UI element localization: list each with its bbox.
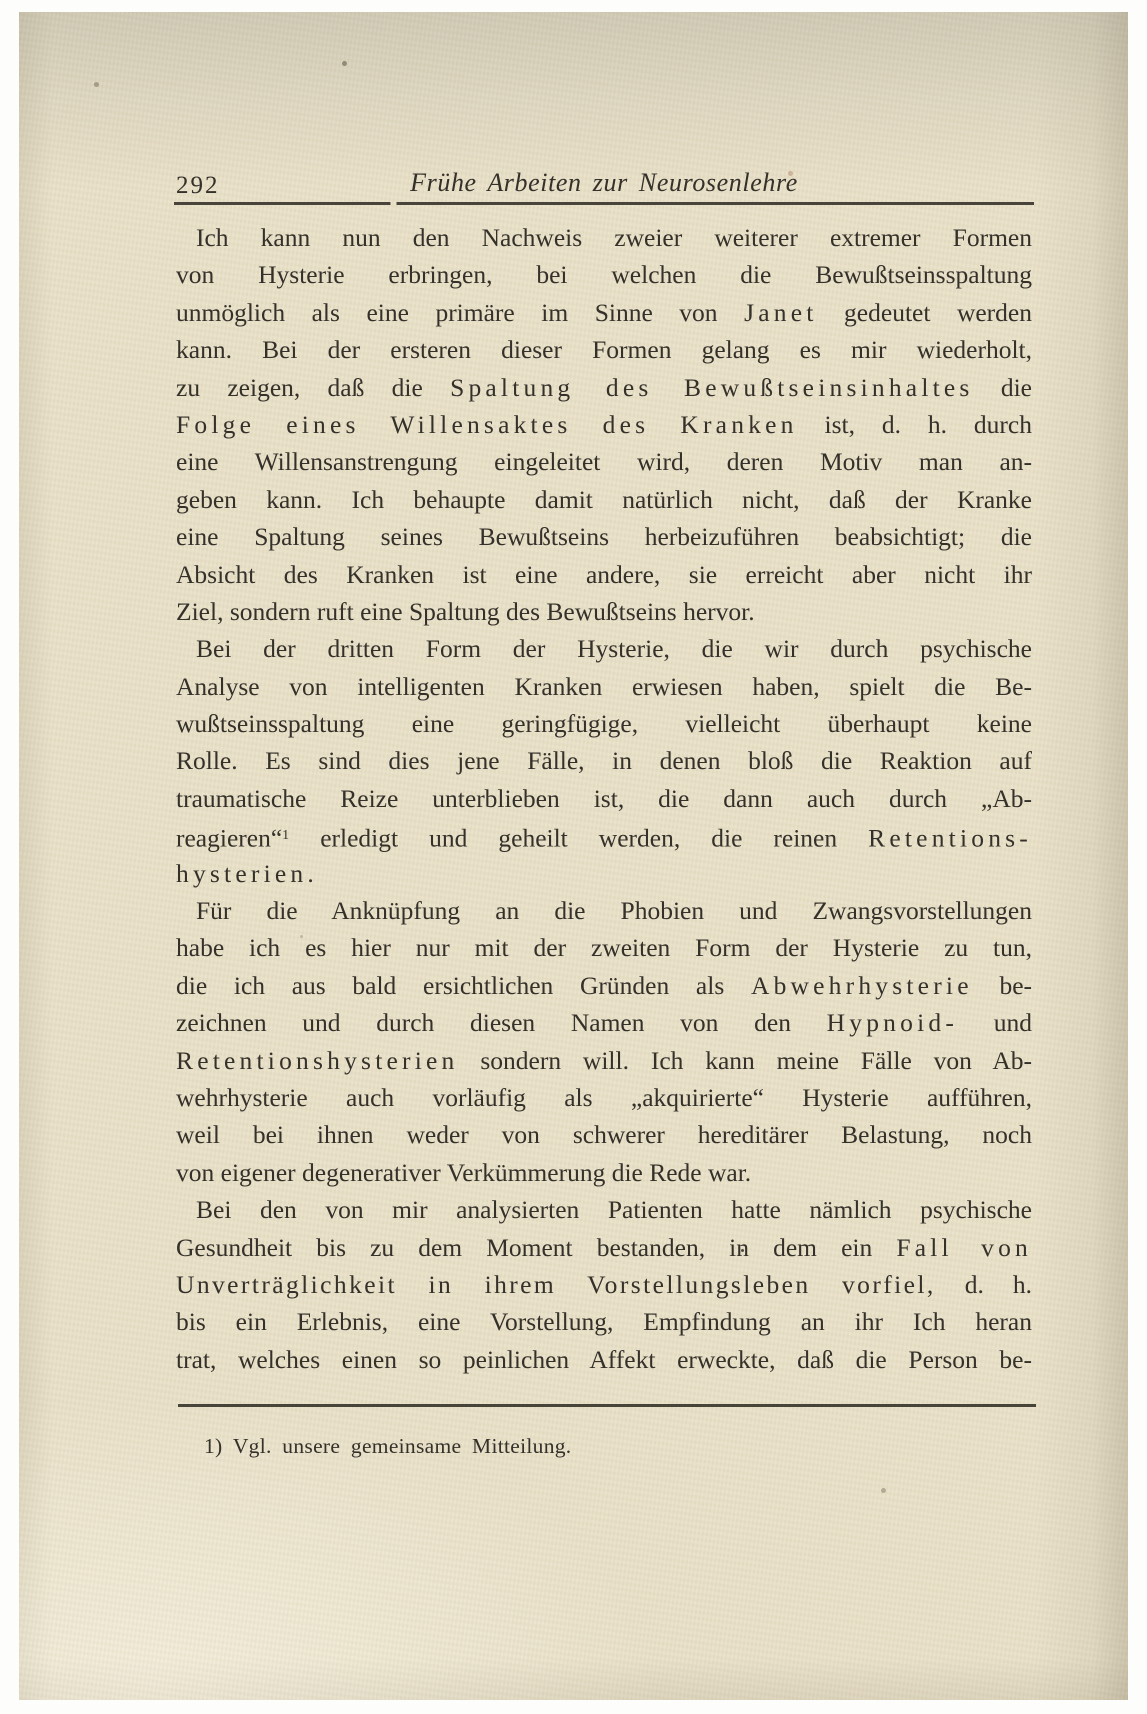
text-segment: wehrhysterie auch vorläufig als „akquiri…: [176, 1083, 1032, 1112]
paragraph: Bei der dritten Form der Hysterie, die w…: [176, 630, 1032, 892]
text-line: unmöglich als eine primäre im Sinne von …: [176, 294, 1032, 331]
paragraph: Für die Anknüpfung an die Phobien und Zw…: [176, 892, 1032, 1191]
text-segment: sondern will. Ich kann meine Fälle von A…: [459, 1046, 1033, 1075]
text-line: Absicht des Kranken ist eine andere, sie…: [176, 556, 1032, 593]
footnote-text: Vgl. unsere gemeinsame Mitteilung.: [233, 1434, 572, 1458]
footnote: 1) Vgl. unsere gemeinsame Mitteilung.: [204, 1433, 571, 1461]
text-segment: Analyse von intelligenten Kranken erwies…: [176, 672, 1032, 701]
text-line: Ziel, sondern ruft eine Spaltung des Bew…: [176, 593, 1032, 630]
text-segment: erledigt und geheilt werden, die reinen: [289, 824, 868, 853]
text-segment: Absicht des Kranken ist eine andere, sie…: [176, 560, 1032, 589]
text-line: wußtseinsspaltung eine geringfügige, vie…: [176, 705, 1032, 742]
text-line: Ich kann nun den Nachweis zweier weitere…: [176, 219, 1032, 256]
text-line: Folge eines Willensaktes des Kranken ist…: [176, 406, 1032, 443]
text-segment: weil bei ihnen weder von schwerer heredi…: [176, 1120, 1032, 1149]
header-rule: [174, 202, 1034, 205]
text-segment: Ich kann nun den Nachweis zweier weitere…: [196, 223, 1032, 252]
text-line: kann. Bei der ersteren dieser Formen gel…: [176, 331, 1032, 368]
running-head: Frühe Arbeiten zur Neurosenlehre: [176, 170, 1032, 196]
text-segment: gedeutet werden: [818, 298, 1032, 327]
text-line: Unverträglichkeit in ihrem Vorstellungsl…: [176, 1266, 1032, 1303]
text-line: zu zeigen, daß die Spaltung des Bewußtse…: [176, 369, 1032, 406]
text-segment: Ziel, sondern ruft eine Spaltung des Bew…: [176, 597, 755, 626]
text-line: Retentionshysterien sondern will. Ich ka…: [176, 1042, 1032, 1079]
text-segment: traumatische Reize unterblieben ist, die…: [176, 784, 1032, 813]
text-segment: Hypnoid-: [827, 1008, 958, 1037]
text-line: Gesundheit bis zu dem Moment bestanden, …: [176, 1229, 1032, 1266]
text-segment: Retentions-: [868, 824, 1032, 853]
text-segment: die: [974, 373, 1032, 402]
text-line: Bei der dritten Form der Hysterie, die w…: [176, 630, 1032, 667]
paragraph: Ich kann nun den Nachweis zweier weitere…: [176, 219, 1032, 630]
text-segment: unmöglich als eine primäre im Sinne von: [176, 298, 744, 327]
scanned-book-page: 292 Frühe Arbeiten zur Neurosenlehre Ich…: [0, 0, 1147, 1714]
text-segment: d. h.: [936, 1270, 1032, 1299]
footnote-rule: [178, 1404, 1036, 1407]
text-line: traumatische Reize unterblieben ist, die…: [176, 780, 1032, 817]
text-line: Für die Anknüpfung an die Phobien und Zw…: [176, 892, 1032, 929]
text-segment: Retentionshysterien: [176, 1046, 459, 1075]
text-segment: habe ich es hier nur mit der zweiten For…: [176, 933, 1032, 962]
text-segment: Unverträglichkeit in ihrem Vorstellungsl…: [176, 1270, 936, 1299]
text-line: eine Willensanstrengung eingeleitet wird…: [176, 443, 1032, 480]
text-segment: geben kann. Ich behaupte damit natürlich…: [176, 485, 1032, 514]
text-line: Rolle. Es sind dies jene Fälle, in denen…: [176, 742, 1032, 779]
text-line: geben kann. Ich behaupte damit natürlich…: [176, 481, 1032, 518]
text-segment: Bei den von mir analysierten Patienten h…: [196, 1195, 1032, 1224]
text-segment: Spaltung des Bewußtseinsinhaltes: [450, 373, 974, 402]
text-segment: von Hysterie erbringen, bei welchen die …: [176, 260, 1032, 289]
text-line: eine Spaltung seines Bewußtseins herbeiz…: [176, 518, 1032, 555]
text-line: zeichnen und durch diesen Namen von den …: [176, 1004, 1032, 1041]
text-segment: bis ein Erlebnis, eine Vorstellung, Empf…: [176, 1307, 1032, 1336]
text-segment: ist, d. h. durch: [798, 410, 1032, 439]
text-segment: eine Willensanstrengung eingeleitet wird…: [176, 447, 1032, 476]
text-line: wehrhysterie auch vorläufig als „akquiri…: [176, 1079, 1032, 1116]
text-line: von eigener degenerativer Verkümmerung d…: [176, 1154, 1032, 1191]
text-segment: trat, welches einen so peinlichen Affekt…: [176, 1345, 1032, 1374]
text-segment: Gesundheit bis zu dem Moment bestanden, …: [176, 1233, 896, 1262]
text-segment: Abwehrhysterie: [751, 971, 973, 1000]
footnote-marker: 1): [204, 1434, 223, 1458]
text-line: hysterien.: [176, 855, 1032, 892]
text-segment: und: [958, 1008, 1032, 1037]
text-line: die ich aus bald ersichtlichen Gründen a…: [176, 967, 1032, 1004]
text-segment: reagieren“: [176, 824, 282, 853]
text-segment: die ich aus bald ersichtlichen Gründen a…: [176, 971, 751, 1000]
text-line: habe ich es hier nur mit der zweiten For…: [176, 929, 1032, 966]
text-segment: zeichnen und durch diesen Namen von den: [176, 1008, 827, 1037]
text-segment: Rolle. Es sind dies jene Fälle, in denen…: [176, 746, 1032, 775]
paragraph: Bei den von mir analysierten Patienten h…: [176, 1191, 1032, 1378]
text-segment: Folge eines Willensaktes des Kranken: [176, 410, 798, 439]
text-segment: eine Spaltung seines Bewußtseins herbeiz…: [176, 522, 1032, 551]
text-line: von Hysterie erbringen, bei welchen die …: [176, 256, 1032, 293]
text-segment: hysterien.: [176, 859, 318, 888]
text-segment: Für die Anknüpfung an die Phobien und Zw…: [196, 896, 1032, 925]
text-line: Bei den von mir analysierten Patienten h…: [176, 1191, 1032, 1228]
scan-speck: [0, 0, 3, 3]
text-line: reagieren“1 erledigt und geheilt werden,…: [176, 817, 1032, 854]
text-segment: Fall von: [896, 1233, 1032, 1262]
text-segment: Janet: [744, 298, 817, 327]
text-line: Analyse von intelligenten Kranken erwies…: [176, 668, 1032, 705]
body-text: Ich kann nun den Nachweis zweier weitere…: [176, 219, 1032, 1378]
text-line: bis ein Erlebnis, eine Vorstellung, Empf…: [176, 1303, 1032, 1340]
text-segment: von eigener degenerativer Verkümmerung d…: [176, 1158, 751, 1187]
text-segment: wußtseinsspaltung eine geringfügige, vie…: [176, 709, 1032, 738]
text-segment: zu zeigen, daß die: [176, 373, 450, 402]
text-segment: kann. Bei der ersteren dieser Formen gel…: [176, 335, 1032, 364]
text-segment: Bei der dritten Form der Hysterie, die w…: [196, 634, 1032, 663]
text-line: weil bei ihnen weder von schwerer heredi…: [176, 1116, 1032, 1153]
text-segment: be-: [973, 971, 1032, 1000]
text-line: trat, welches einen so peinlichen Affekt…: [176, 1341, 1032, 1378]
